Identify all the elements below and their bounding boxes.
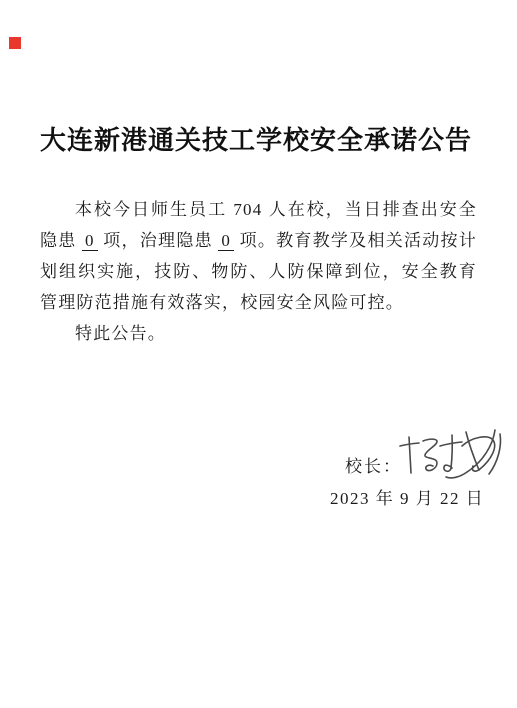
body-line-2-text: 项。教育教学及相关活动按计 bbox=[234, 231, 477, 250]
announcement-date: 2023 年 9 月 22 日 bbox=[330, 484, 484, 509]
announcement-body: 本校今日师生员工 704 人在校，当日排查出安全 隐患 0 项，治理隐患 0 项… bbox=[40, 194, 477, 349]
underlined-hazard-count: 0 bbox=[82, 231, 98, 251]
principal-handwritten-signature bbox=[392, 424, 514, 482]
body-line-2: 隐患 0 项，治理隐患 0 项。教育教学及相关活动按计 bbox=[40, 225, 477, 256]
body-line-2-text: 隐患 bbox=[40, 231, 82, 250]
closing-statement: 特此公告。 bbox=[40, 318, 477, 349]
underlined-treated-count: 0 bbox=[218, 231, 234, 251]
body-line-4: 管理防范措施有效落实，校园安全风险可控。 bbox=[40, 287, 477, 318]
document-title: 大连新港通关技工学校安全承诺公告 bbox=[40, 120, 452, 157]
announcement-document: 大连新港通关技工学校安全承诺公告 本校今日师生员工 704 人在校，当日排查出安… bbox=[0, 0, 517, 708]
red-corner-marker bbox=[9, 37, 21, 49]
body-line-1: 本校今日师生员工 704 人在校，当日排查出安全 bbox=[40, 194, 477, 225]
body-line-2-text: 项，治理隐患 bbox=[98, 231, 219, 250]
body-line-3: 划组织实施，技防、物防、人防保障到位，安全教育 bbox=[40, 256, 477, 287]
